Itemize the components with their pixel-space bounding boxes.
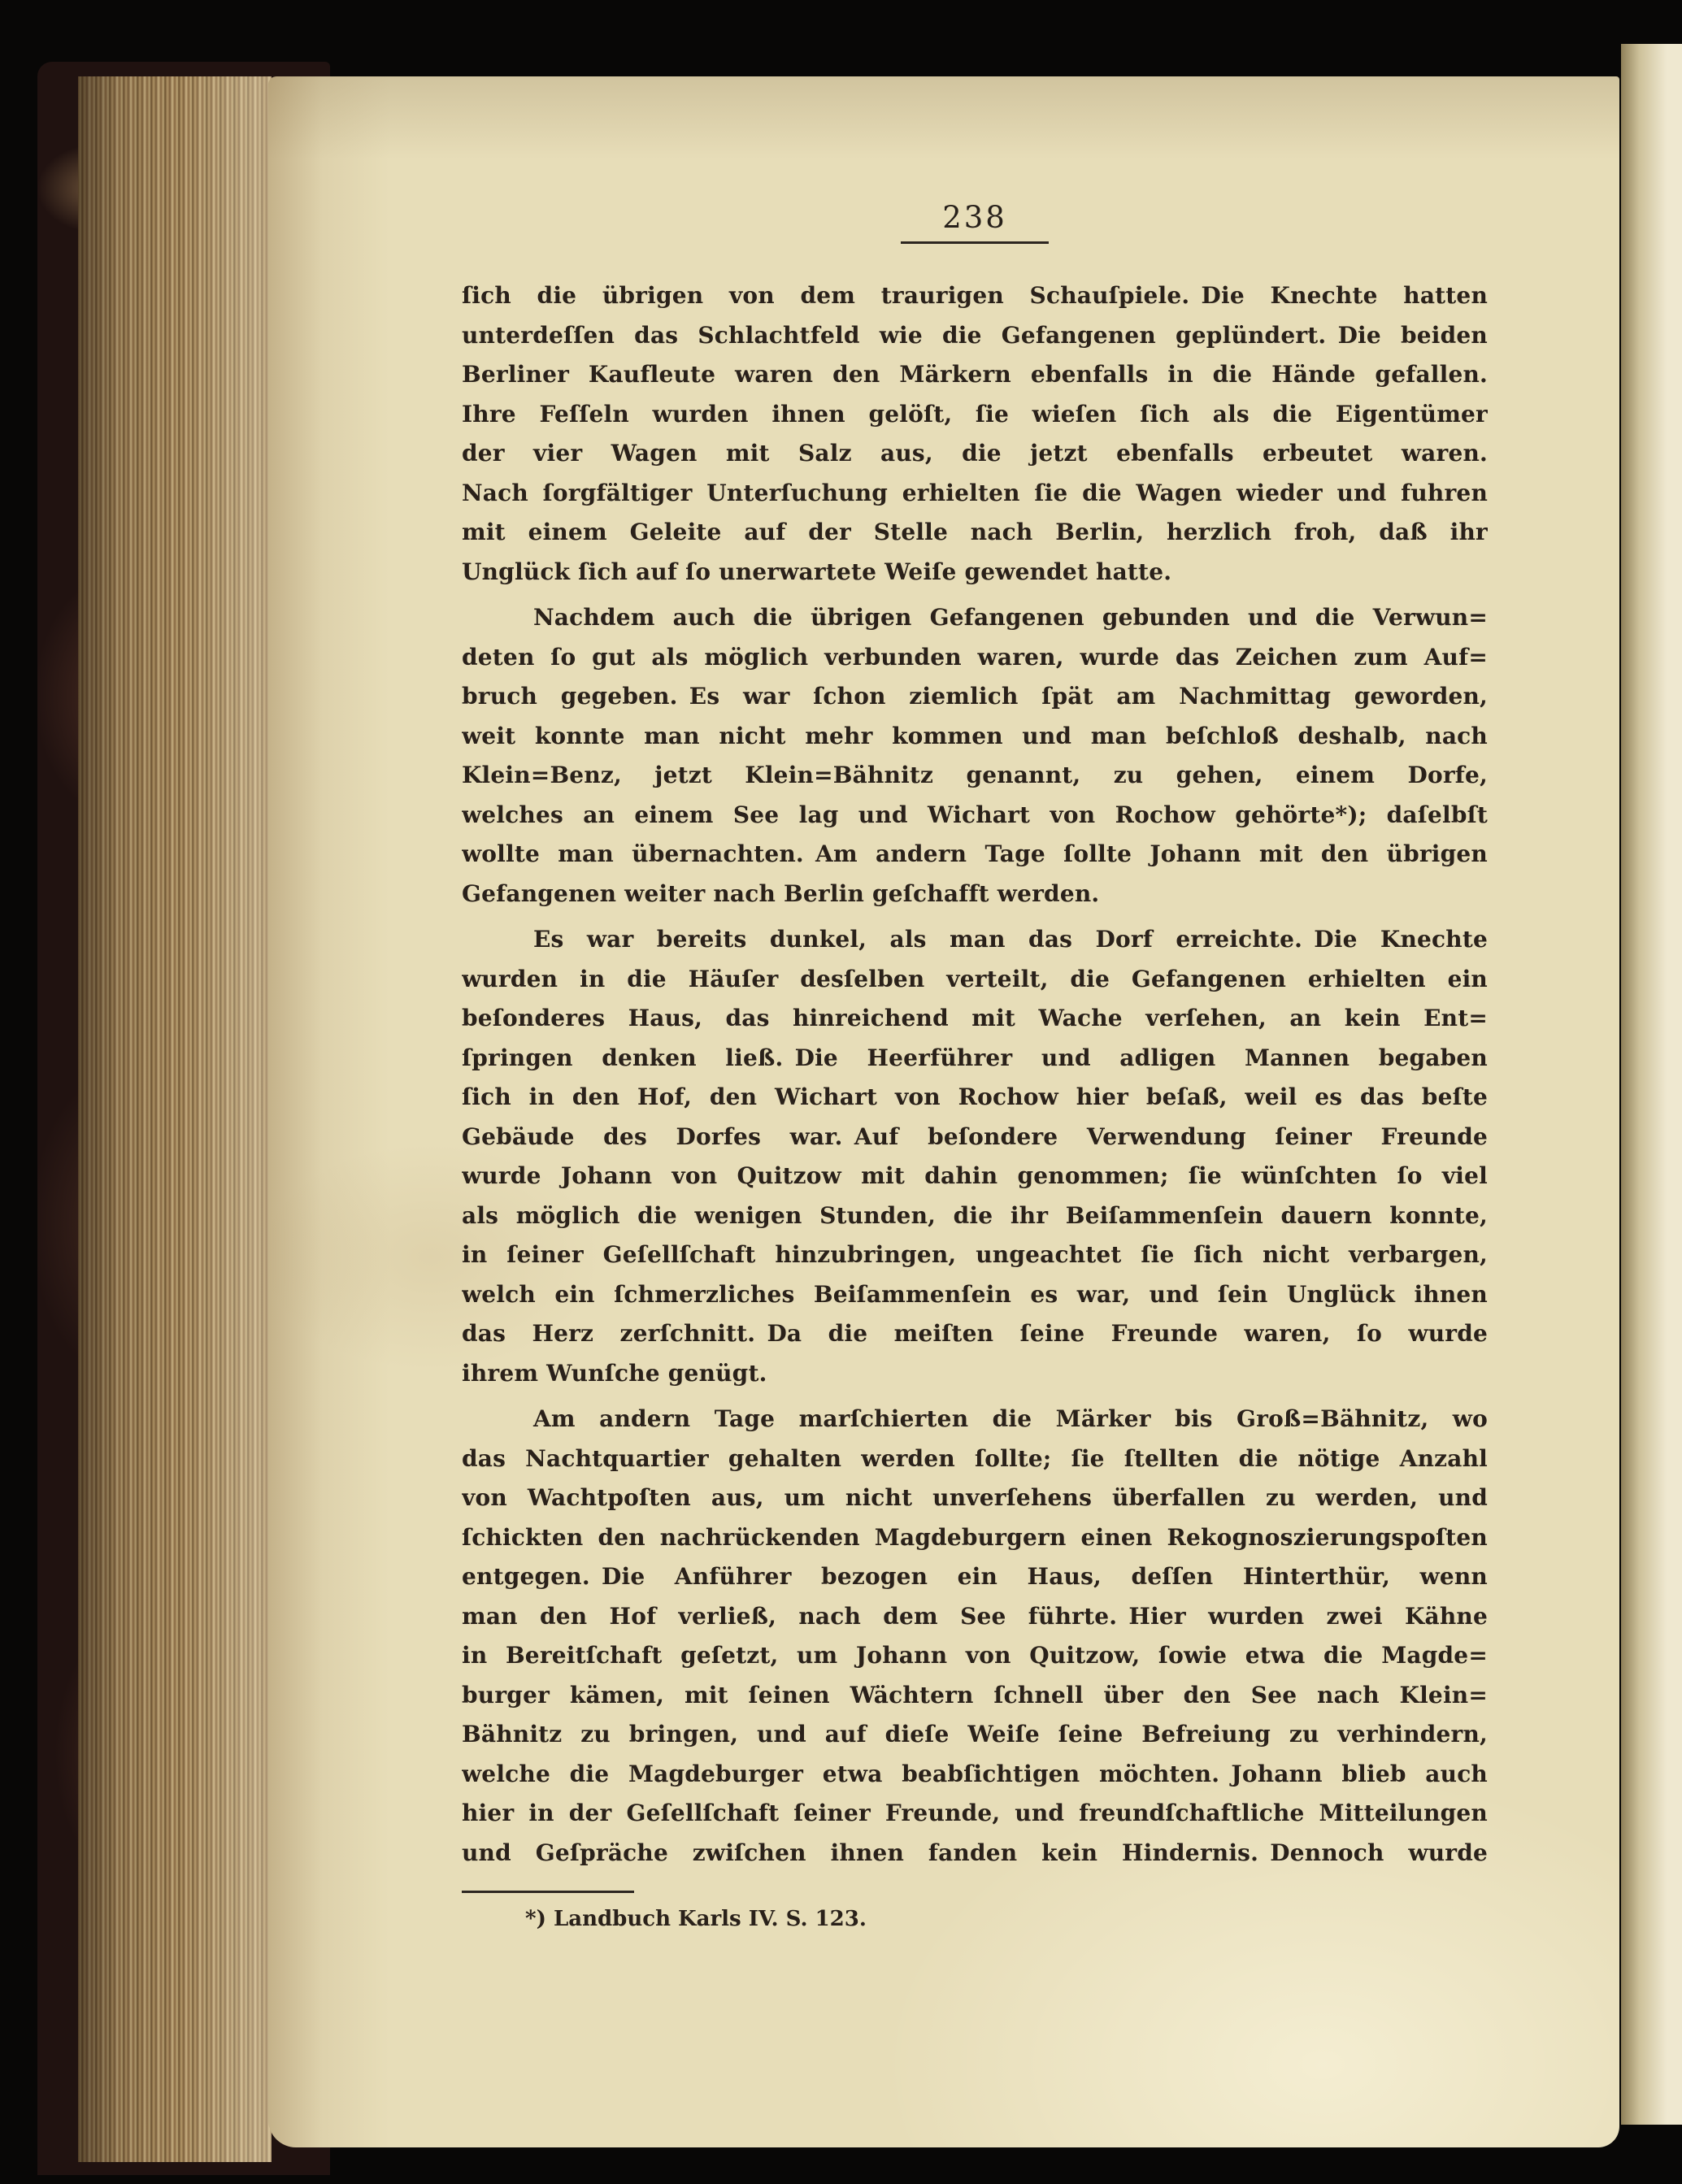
text-line: das Nachtquartier gehalten werden ſollte… [462, 1439, 1488, 1479]
text-line: ſich die übrigen von dem traurigen Schau… [462, 276, 1488, 316]
text-line: Ihre Feſſeln wurden ihnen gelöſt, ſie wi… [462, 395, 1488, 435]
text-line: ihrem Wunſche genügt. [462, 1354, 1488, 1394]
facing-page-sliver [1621, 44, 1682, 2125]
text-line: wollte man übernachten. Am andern Tage ſ… [462, 835, 1488, 875]
text-line: wurden in die Häuſer desſelben verteilt,… [462, 960, 1488, 1000]
text-line: ſich in den Hof, den Wichart von Rochow … [462, 1078, 1488, 1118]
text-line: der vier Wagen mit Salz aus, die jetzt e… [462, 434, 1488, 474]
book-page: 238 ſich die übrigen von dem traurigen S… [268, 76, 1619, 2147]
text-line: weit konnte man nicht mehr kommen und ma… [462, 717, 1488, 757]
footnote-rule [462, 1891, 634, 1893]
text-line: Unglück ſich auf ſo unerwartete Weiſe ge… [462, 553, 1488, 593]
page-text: ſich die übrigen von dem traurigen Schau… [462, 276, 1488, 1873]
text-line: als möglich die wenigen Stunden, die ihr… [462, 1196, 1488, 1236]
text-line: Klein=Benz, jetzt Klein=Bähnitz genannt,… [462, 756, 1488, 796]
page-stack-edge [78, 76, 272, 2162]
footnote: *) Landbuch Karls IV. S. 123. [525, 1907, 867, 1931]
text-line: und Geſpräche zwiſchen ihnen fanden kein… [462, 1834, 1488, 1874]
text-line: man den Hof verließ, nach dem See führte… [462, 1597, 1488, 1637]
paragraph-4: Am andern Tage marſchierten die Märker b… [462, 1400, 1488, 1873]
text-line: bruch gegeben. Es war ſchon ziemlich ſpä… [462, 677, 1488, 717]
text-line: entgegen. Die Anführer bezogen ein Haus,… [462, 1557, 1488, 1597]
text-line: Gefangenen weiter nach Berlin geſchafft … [462, 875, 1488, 914]
text-line: welches an einem See lag und Wichart von… [462, 796, 1488, 836]
text-line: mit einem Geleite auf der Stelle nach Be… [462, 513, 1488, 553]
scan-background: { "colors": { "background": "#080706", "… [0, 0, 1682, 2184]
text-line: welch ein ſchmerzliches Beiſammenſein es… [462, 1275, 1488, 1315]
text-line: das Herz zerſchnitt. Da die meiſten ſein… [462, 1314, 1488, 1354]
text-line: ſchickten den nachrückenden Magdeburgern… [462, 1518, 1488, 1558]
text-line: Berliner Kaufleute waren den Märkern ebe… [462, 355, 1488, 395]
text-line: welche die Magdeburger etwa beabſichtige… [462, 1755, 1488, 1795]
text-line: beſonderes Haus, das hinreichend mit Wac… [462, 999, 1488, 1039]
text-line: burger kämen, mit ſeinen Wächtern ſchnel… [462, 1676, 1488, 1716]
page-number-block: 238 [462, 200, 1488, 244]
text-line: hier in der Geſellſchaft ſeiner Freunde,… [462, 1794, 1488, 1834]
paragraph-3: Es war bereits dunkel, als man das Dorf … [462, 920, 1488, 1393]
text-line: Nach ſorgfältiger Unterſuchung erhielten… [462, 474, 1488, 514]
text-line: in ſeiner Geſellſchaft hinzubringen, ung… [462, 1235, 1488, 1275]
page-number: 238 [462, 200, 1488, 235]
text-line: Gebäude des Dorfes war. Auf beſondere Ve… [462, 1118, 1488, 1157]
text-line: Bähnitz zu bringen, und auf dieſe Weiſe … [462, 1715, 1488, 1755]
text-line: Nachdem auch die übrigen Gefangenen gebu… [462, 598, 1488, 638]
text-line: Am andern Tage marſchierten die Märker b… [462, 1400, 1488, 1439]
text-line: von Wachtpoſten aus, um nicht unverſehen… [462, 1478, 1488, 1518]
paragraph-1: ſich die übrigen von dem traurigen Schau… [462, 276, 1488, 592]
paragraph-2: Nachdem auch die übrigen Gefangenen gebu… [462, 598, 1488, 914]
text-line: in Bereitſchaft geſetzt, um Johann von Q… [462, 1636, 1488, 1676]
text-line: wurde Johann von Quitzow mit dahin genom… [462, 1157, 1488, 1196]
text-line: deten ſo gut als möglich verbunden waren… [462, 638, 1488, 678]
text-line: Es war bereits dunkel, als man das Dorf … [462, 920, 1488, 960]
page-number-rule [901, 241, 1049, 244]
text-line: unterdeſſen das Schlachtfeld wie die Gef… [462, 316, 1488, 356]
text-line: ſpringen denken ließ. Die Heerführer und… [462, 1039, 1488, 1079]
